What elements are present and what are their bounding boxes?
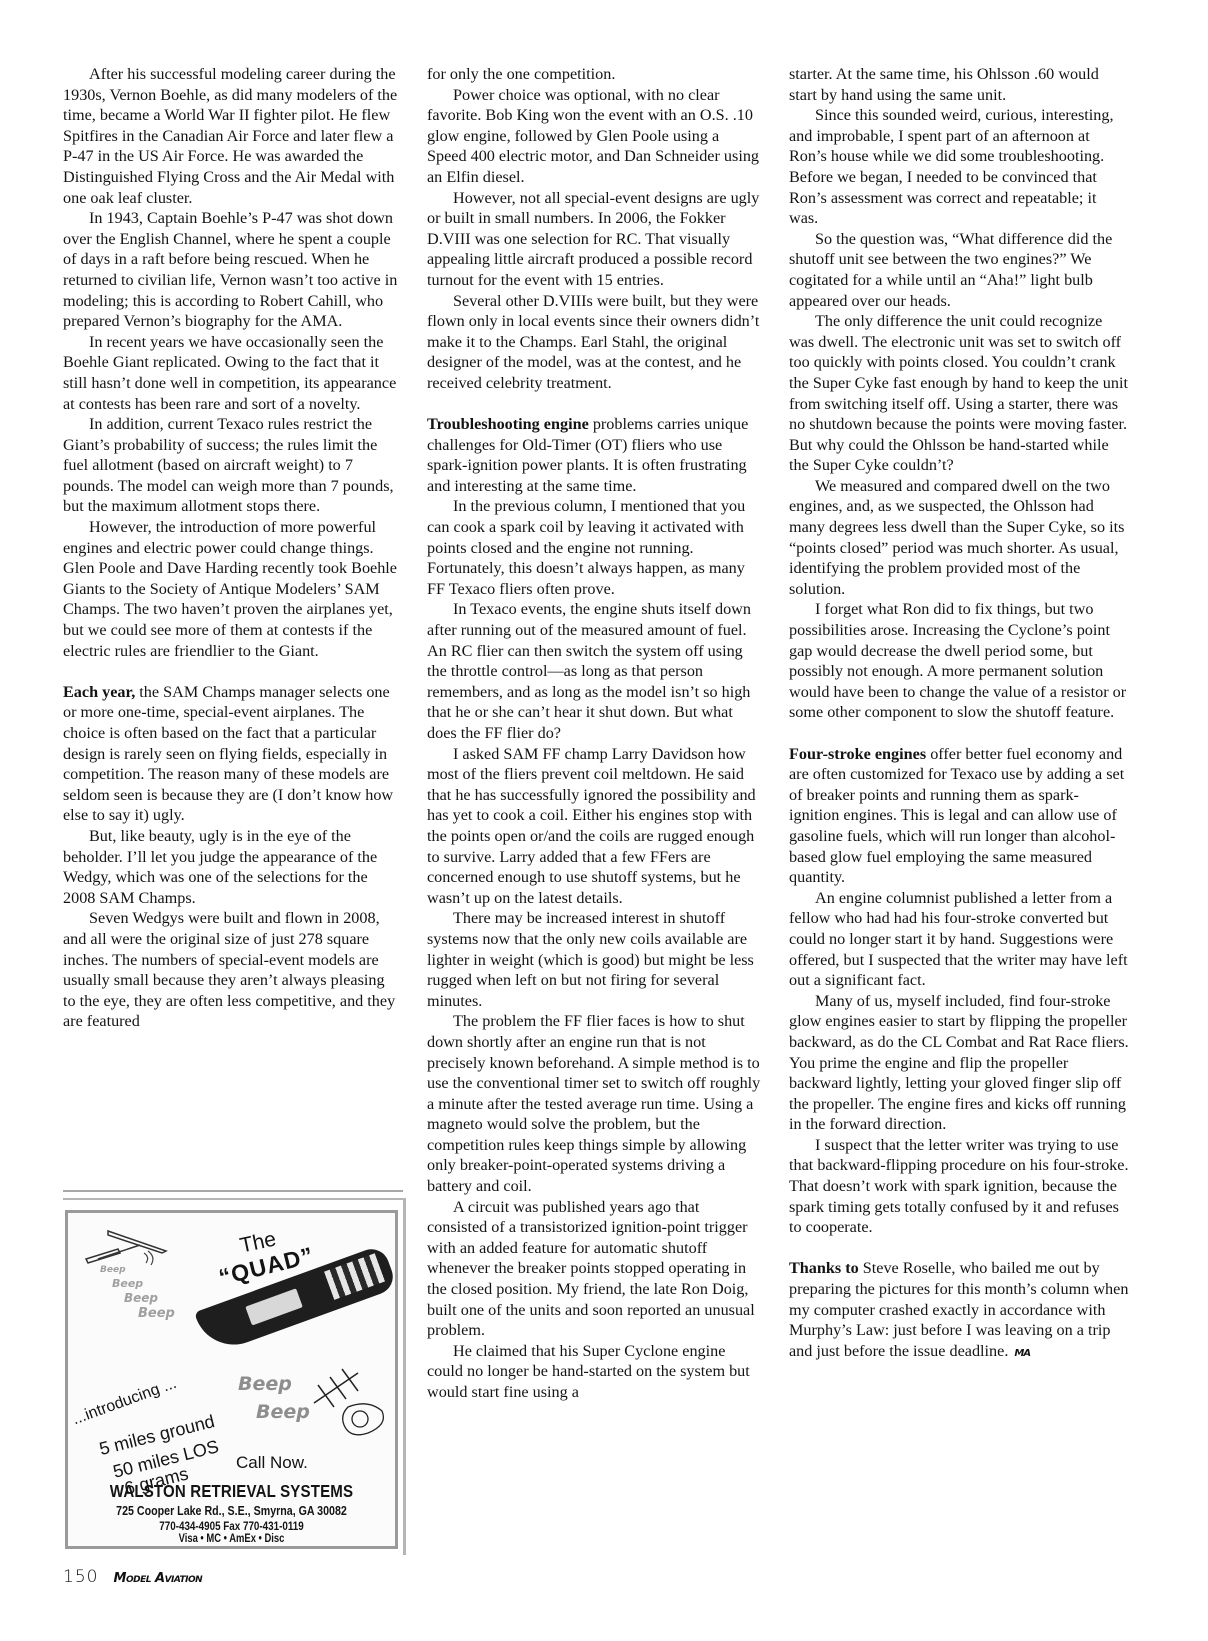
section-lead: Thanks to xyxy=(789,1259,859,1277)
beep-text: Beep xyxy=(112,1277,143,1290)
ad-introducing: ...introducing ... xyxy=(70,1375,179,1429)
page-footer: 150 Model Aviation xyxy=(63,1567,202,1587)
paragraph: I suspect that the letter writer was try… xyxy=(789,1135,1129,1238)
beep-text: Beep xyxy=(138,1306,175,1321)
page-number: 150 xyxy=(63,1567,98,1587)
section-text: the SAM Champs manager selects one or mo… xyxy=(63,683,393,825)
end-mark-icon: MA xyxy=(1014,1348,1030,1359)
beep-text-large: Beep xyxy=(238,1373,292,1395)
paragraph: He claimed that his Super Cyclone engine… xyxy=(427,1341,762,1403)
paragraph: In 1943, Captain Boehle’s P-47 was shot … xyxy=(63,208,398,332)
ad-company-name: WALSTON RETRIEVAL SYSTEMS xyxy=(91,1481,372,1502)
magazine-name: Model Aviation xyxy=(114,1571,203,1586)
paragraph: So the question was, “What difference di… xyxy=(789,229,1129,311)
section-each-year: Each year, the SAM Champs manager select… xyxy=(63,682,398,826)
section-four-stroke: Four-stroke engines offer better fuel ec… xyxy=(789,744,1129,888)
paragraph: Many of us, myself included, find four-s… xyxy=(789,991,1129,1135)
beep-text: Beep xyxy=(124,1291,158,1305)
paragraph: I forget what Ron did to fix things, but… xyxy=(789,599,1129,723)
paragraph: We measured and compared dwell on the tw… xyxy=(789,476,1129,600)
paragraph: In addition, current Texaco rules restri… xyxy=(63,414,398,517)
section-thanks: Thanks to Steve Roselle, who bailed me o… xyxy=(789,1258,1129,1364)
paragraph: However, not all special-event designs a… xyxy=(427,188,762,291)
ad-phone: 770-434-4905 Fax 770-431-0119 xyxy=(97,1519,365,1533)
paragraph: In Texaco events, the engine shuts itsel… xyxy=(427,599,762,743)
section-text: offer better fuel economy and are often … xyxy=(789,745,1124,887)
ad-call-now: Call Now. xyxy=(236,1453,308,1473)
paragraph: An engine columnist published a letter f… xyxy=(789,888,1129,991)
paragraph: However, the introduction of more powerf… xyxy=(63,517,398,661)
article-column-3: starter. At the same time, his Ohlsson .… xyxy=(789,64,1129,1364)
section-lead: Each year, xyxy=(63,683,135,701)
article-column-2: for only the one competition. Power choi… xyxy=(427,64,762,1403)
section-lead: Troubleshooting engine xyxy=(427,415,589,433)
paragraph: Since this sounded weird, curious, inter… xyxy=(789,105,1129,229)
paragraph: There may be increased interest in shuto… xyxy=(427,908,762,1011)
device-coil xyxy=(324,1253,385,1300)
paragraph: In recent years we have occasionally see… xyxy=(63,332,398,414)
section-troubleshooting: Troubleshooting engine problems carries … xyxy=(427,414,762,496)
paragraph: Power choice was optional, with no clear… xyxy=(427,85,762,188)
paragraph: The problem the FF flier faces is how to… xyxy=(427,1011,762,1196)
paragraph: I asked SAM FF champ Larry Davidson how … xyxy=(427,744,762,909)
device-label xyxy=(245,1288,303,1325)
ad-website-link[interactable]: www.walstonretrieval.com xyxy=(68,1547,395,1549)
paragraph: But, like beauty, ugly is in the eye of … xyxy=(63,826,398,908)
paragraph: A circuit was published years ago that c… xyxy=(427,1197,762,1341)
article-column-1: After his successful modeling career dur… xyxy=(63,64,398,1032)
advertisement-walston[interactable]: Beep Beep Beep Beep The “QUAD” ...introd… xyxy=(65,1210,398,1549)
beep-text-large: Beep xyxy=(256,1401,310,1423)
yagi-antenna-icon xyxy=(308,1363,388,1443)
paragraph: In the previous column, I mentioned that… xyxy=(427,496,762,599)
paragraph: The only difference the unit could recog… xyxy=(789,311,1129,476)
section-lead: Four-stroke engines xyxy=(789,745,926,763)
paragraph: After his successful modeling career dur… xyxy=(63,64,398,208)
ad-payment-methods: Visa • MC • AmEx • Disc xyxy=(97,1533,365,1545)
paragraph: Seven Wedgys were built and flown in 200… xyxy=(63,908,398,1032)
column-divider-rule xyxy=(63,1190,403,1192)
paragraph-continuation: starter. At the same time, his Ohlsson .… xyxy=(789,64,1129,105)
paragraph-continuation: for only the one competition. xyxy=(427,64,762,85)
paragraph: Several other D.VIIIs were built, but th… xyxy=(427,291,762,394)
beep-text: Beep xyxy=(100,1265,126,1275)
ad-address: 725 Cooper Lake Rd., S.E., Smyrna, GA 30… xyxy=(97,1503,365,1518)
